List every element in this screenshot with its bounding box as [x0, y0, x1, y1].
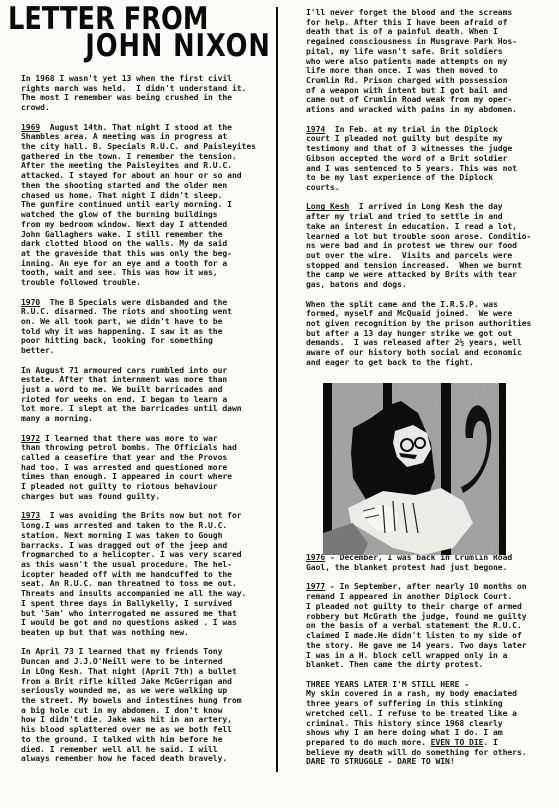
text-line: poor hitting back, looking for something	[21, 336, 213, 345]
text-line: the story. He gave me 14 years. Two days…	[306, 641, 527, 650]
text-line: My skin covered in a rash, my body emaci…	[306, 689, 517, 698]
text-line: blanket. Then came the dirty protest.	[306, 660, 483, 669]
text-line: testimony and that of 3 witnesses the ju…	[306, 144, 512, 153]
text-line: just a word to me. We built barricades a…	[21, 385, 222, 394]
paragraph-heading: 1972	[21, 434, 40, 443]
text-line: Gibson accepted the word of a Brit soldi…	[306, 154, 507, 163]
text-line: After the meeting the Paisleyites and R.…	[21, 161, 232, 170]
paragraph: THREE YEARS LATER I'M STILL HERE - My sk…	[306, 680, 531, 767]
emphasis: EVEN TO DIE	[431, 738, 484, 747]
text-line: trouble followed trouble.	[21, 278, 141, 287]
text-line: in LOng Kesh. That night (April 7th) a b…	[21, 667, 237, 676]
text-line: When the split came and the I.R.S.P. was	[306, 300, 498, 309]
text-line: 1972 I learned that there was more to wa…	[21, 434, 218, 443]
paragraph-heading: Long Kesh	[306, 202, 349, 211]
text-line: I would be got and no questions asked . …	[21, 618, 237, 627]
text-line: In August 71 armoured cars rumbled into …	[21, 366, 227, 375]
dated-paragraph: 1969 August 14th. That night I stood at …	[21, 123, 256, 288]
paragraph-heading: 1970	[21, 298, 40, 307]
text-line: 1970 The B Specials were disbanded and t…	[21, 298, 227, 307]
text-line: In 1968 I wasn't yet 13 when the first c…	[21, 74, 232, 83]
dated-paragraph: 1974 In Feb. at my trial in the Diplock …	[306, 125, 531, 193]
text-line: Long Kesh I arrived in Long Kesh the day	[306, 202, 503, 211]
text-line: who were also patients made attempts on …	[306, 57, 507, 66]
paragraph-heading: 1974	[306, 125, 325, 134]
text-line: claimed I made.He didn't listen to my si…	[306, 631, 522, 640]
text-line: called a ceasefire that year and the Pro…	[21, 453, 227, 462]
text-line: times than enough. I appeared in court w…	[21, 472, 232, 481]
text-line: ns were bad and in protest we threw our …	[306, 241, 517, 250]
text-line: shows why I am here doing what I do. I a…	[306, 728, 503, 737]
text-line: attacked. I stayed for about an hour or …	[21, 171, 242, 180]
text-line: at the graveside that this was only the …	[21, 249, 232, 258]
text-line: regained consciousness in Musgrave Park …	[306, 37, 517, 46]
text-line: the street. My bowels and intestines hun…	[21, 696, 242, 705]
text-line: and eager to get back to the fight.	[306, 358, 474, 367]
text-line: then the shooting started and the older …	[21, 181, 227, 190]
text-line: Gaol, the blanket protest had just begon…	[306, 563, 507, 572]
text-line: DARE TO STRUGGLE - DARE TO WIN!	[306, 757, 455, 766]
text-line: a big hole cut in my abdomen. I don't kn…	[21, 706, 222, 715]
text-line: criminal. This history since 1968 clearl…	[306, 719, 503, 728]
text-line: stopped and tension increased. When we b…	[306, 261, 522, 270]
dated-paragraph: 1973 I was avoiding the Brits now but no…	[21, 511, 256, 637]
text-line: Shambles area. A meeting was in progress…	[21, 132, 227, 141]
text-line: on the basis of a verbal statement the R…	[306, 621, 522, 630]
text-line: dark clotted blood on the walls. My da s…	[21, 239, 227, 248]
text-line: ations and wracked with pains in my abdo…	[306, 105, 517, 114]
text-line: told why it was happening. I saw it as t…	[21, 327, 222, 336]
text-line: THREE YEARS LATER I'M STILL HERE -	[306, 680, 469, 689]
prisoner-behind-bars-icon	[323, 383, 506, 555]
text-line: R.U.C. disarmed. The riots and shooting …	[21, 307, 232, 316]
text-line: to be my last experience of the Diplock	[306, 173, 493, 182]
paragraph-heading: 1977	[306, 582, 325, 591]
left-column: In 1968 I wasn't yet 13 when the first c…	[21, 74, 256, 774]
text-line: always remember how he faced death brave…	[21, 754, 227, 763]
text-line: courts.	[306, 183, 340, 192]
text-line: gathered in the town. I remember the ten…	[21, 152, 237, 161]
text-line: three years of suffering in this stinkin…	[306, 699, 503, 708]
text-line: John Gallaghers wake. I still remember t…	[21, 230, 222, 239]
paragraph-heading: 1969	[21, 123, 40, 132]
text-line: believe my death will do something for o…	[306, 748, 527, 757]
text-line: seat. An R.U.C. man threatned to toss me…	[21, 579, 237, 588]
text-line: prepared to do much more. EVEN TO DIE. I	[306, 738, 498, 747]
dated-paragraph: 1977 - In September, after nearly 10 mon…	[306, 582, 531, 669]
text-line: aware of our history both social and eco…	[306, 348, 522, 357]
text-line: of a weapon with intent but I got bail a…	[306, 86, 507, 95]
text-line: take an interest in education. I read a …	[306, 222, 517, 231]
text-line: better.	[21, 346, 55, 355]
text-line: from a Brit rifle killed Jake McGerrigan…	[21, 677, 232, 686]
text-line: pital, my life wasn't safe. Brit soldier…	[306, 47, 503, 56]
text-line: charges but was found guilty.	[21, 492, 160, 501]
text-line: Crumlin Rd. Prison charged with possessi…	[306, 76, 507, 85]
text-line: on. We all took part, we didn't have to …	[21, 317, 222, 326]
text-line: not given recognition by the prison auth…	[306, 319, 531, 328]
text-line: robbery but McGrath the judge, found me …	[306, 612, 527, 621]
dated-paragraph: Long Kesh I arrived in Long Kesh the day…	[306, 202, 531, 289]
paragraph: In August 71 armoured cars rumbled into …	[21, 366, 256, 424]
text-line: formed, myself and McQuaid joined. We we…	[306, 309, 512, 318]
text-line: seriously wounded me, as we were walking…	[21, 686, 227, 695]
text-line: beaten up but that was nothing new.	[21, 628, 189, 637]
text-line: inning. An eye for an eye and a tooth fo…	[21, 259, 227, 268]
text-line: long.I was arrested and taken to the R.U…	[21, 521, 227, 530]
text-line: lot more. I slept at the barricades unti…	[21, 404, 242, 413]
text-line: came out of Crumlin Road weak from my op…	[306, 95, 512, 104]
text-line: the city hall. B. Specials R.U.C. and Pa…	[21, 142, 256, 151]
text-line: I spent three days in Ballykelly, I surv…	[21, 599, 232, 608]
text-line: to the ground. I talked with him before …	[21, 735, 222, 744]
dated-paragraph: 1976 - December, I was back in Crumlin R…	[306, 553, 531, 572]
text-line: I was in a H. block cell wrapped only in…	[306, 651, 507, 660]
text-line: rioted for weeks on end. I began to lear…	[21, 395, 227, 404]
text-line: In April 73 I learned that my friends To…	[21, 647, 222, 656]
text-line: had too. I was arrested and questioned m…	[21, 463, 227, 472]
prisoner-illustration	[323, 383, 506, 555]
text-line: tooth, wait and see. This was how it was…	[21, 268, 218, 277]
text-line: and I was sentenced to 5 years. This was…	[306, 164, 517, 173]
paragraph: When the split came and the I.R.S.P. was…	[306, 300, 531, 368]
text-line: after my trial and tried to settle in an…	[306, 212, 503, 221]
paragraph: In 1968 I wasn't yet 13 when the first c…	[21, 74, 256, 113]
text-line: death that is of a painful death. When I	[306, 27, 498, 36]
text-line: estate. After that internment was more t…	[21, 375, 227, 384]
title-line-2: JOHN NIXON	[8, 33, 271, 60]
text-line: learned a lot but trouble soon arose. Co…	[306, 232, 531, 241]
text-line: life more than once. I was then moved to	[306, 66, 498, 75]
text-line: the camp we were attacked by Brits with …	[306, 270, 517, 279]
text-line: as this wasn't the usual procedure. The …	[21, 560, 232, 569]
text-line: frogmarched to a helicopter. I was very …	[21, 550, 242, 559]
text-line: crowd.	[21, 103, 50, 112]
text-line: 1977 - In September, after nearly 10 mon…	[306, 582, 527, 591]
text-line: watched the glow of the burning building…	[21, 210, 218, 219]
text-line: I'll never forget the blood and the scre…	[306, 8, 512, 17]
text-line: from my bedroom window. Next day I atten…	[21, 220, 227, 229]
text-line: The gunfire continued until early mornin…	[21, 200, 232, 209]
text-line: icopter headed off with me handcuffed to…	[21, 570, 232, 579]
text-line: 1974 In Feb. at my trial in the Diplock	[306, 125, 498, 134]
text-line: gas, batons and dogs.	[306, 280, 407, 289]
text-line: died. I remember well all he said. I wil…	[21, 745, 218, 754]
text-line: The most I remember was being crushed in…	[21, 93, 232, 102]
text-line: than throwing petrol bombs. The Official…	[21, 443, 237, 452]
text-line: chased us home. That night I didn't slee…	[21, 191, 222, 200]
paragraph: I'll never forget the blood and the scre…	[306, 8, 531, 115]
text-line: I pleaded not guilty to their charge of …	[306, 602, 522, 611]
text-line: demands. I was released after 2½ years, …	[306, 338, 522, 347]
text-line: for help. After this I have been afraid …	[306, 18, 507, 27]
text-line: rights march was held. I didn't understa…	[21, 84, 246, 93]
paragraph: In April 73 I learned that my friends To…	[21, 647, 256, 764]
text-line: how I didn't die. Jake was hit in an art…	[21, 715, 232, 724]
text-line: but 'Sam' who interrogated me assured me…	[21, 609, 237, 618]
text-line: station. Next morning I was taken to Gou…	[21, 531, 222, 540]
article-title: LETTER FROM JOHN NIXON	[8, 6, 271, 60]
paragraph-heading: 1973	[21, 511, 40, 520]
column-divider	[276, 7, 278, 772]
text-line: 1973 I was avoiding the Brits now but no…	[21, 511, 242, 520]
text-line: his blood splattered over me as we both …	[21, 725, 232, 734]
text-line: court I pleaded not guilty but despite m…	[306, 134, 503, 143]
text-line: Threats and insults accompanied me all t…	[21, 589, 246, 598]
text-line: but after a 13 day hunger strike we got …	[306, 329, 512, 338]
text-line: remand I appeared in another Diplock Cou…	[306, 592, 512, 601]
dated-paragraph: 1972 I learned that there was more to wa…	[21, 434, 256, 502]
text-line: I pleaded not guilty to riotous behaviou…	[21, 482, 218, 491]
text-line: 1969 August 14th. That night I stood at …	[21, 123, 232, 132]
text-line: many a morning.	[21, 414, 93, 423]
text-line: Duncan and J.J.O'Neill were to be intern…	[21, 657, 222, 666]
dated-paragraph: 1970 The B Specials were disbanded and t…	[21, 298, 256, 356]
text-line: out over the wire. Visits and parcels we…	[306, 251, 512, 260]
text-line: wretched cell. I refuse to be treated li…	[306, 709, 517, 718]
text-line: barracks. I was dragged out of the jeep …	[21, 541, 227, 550]
